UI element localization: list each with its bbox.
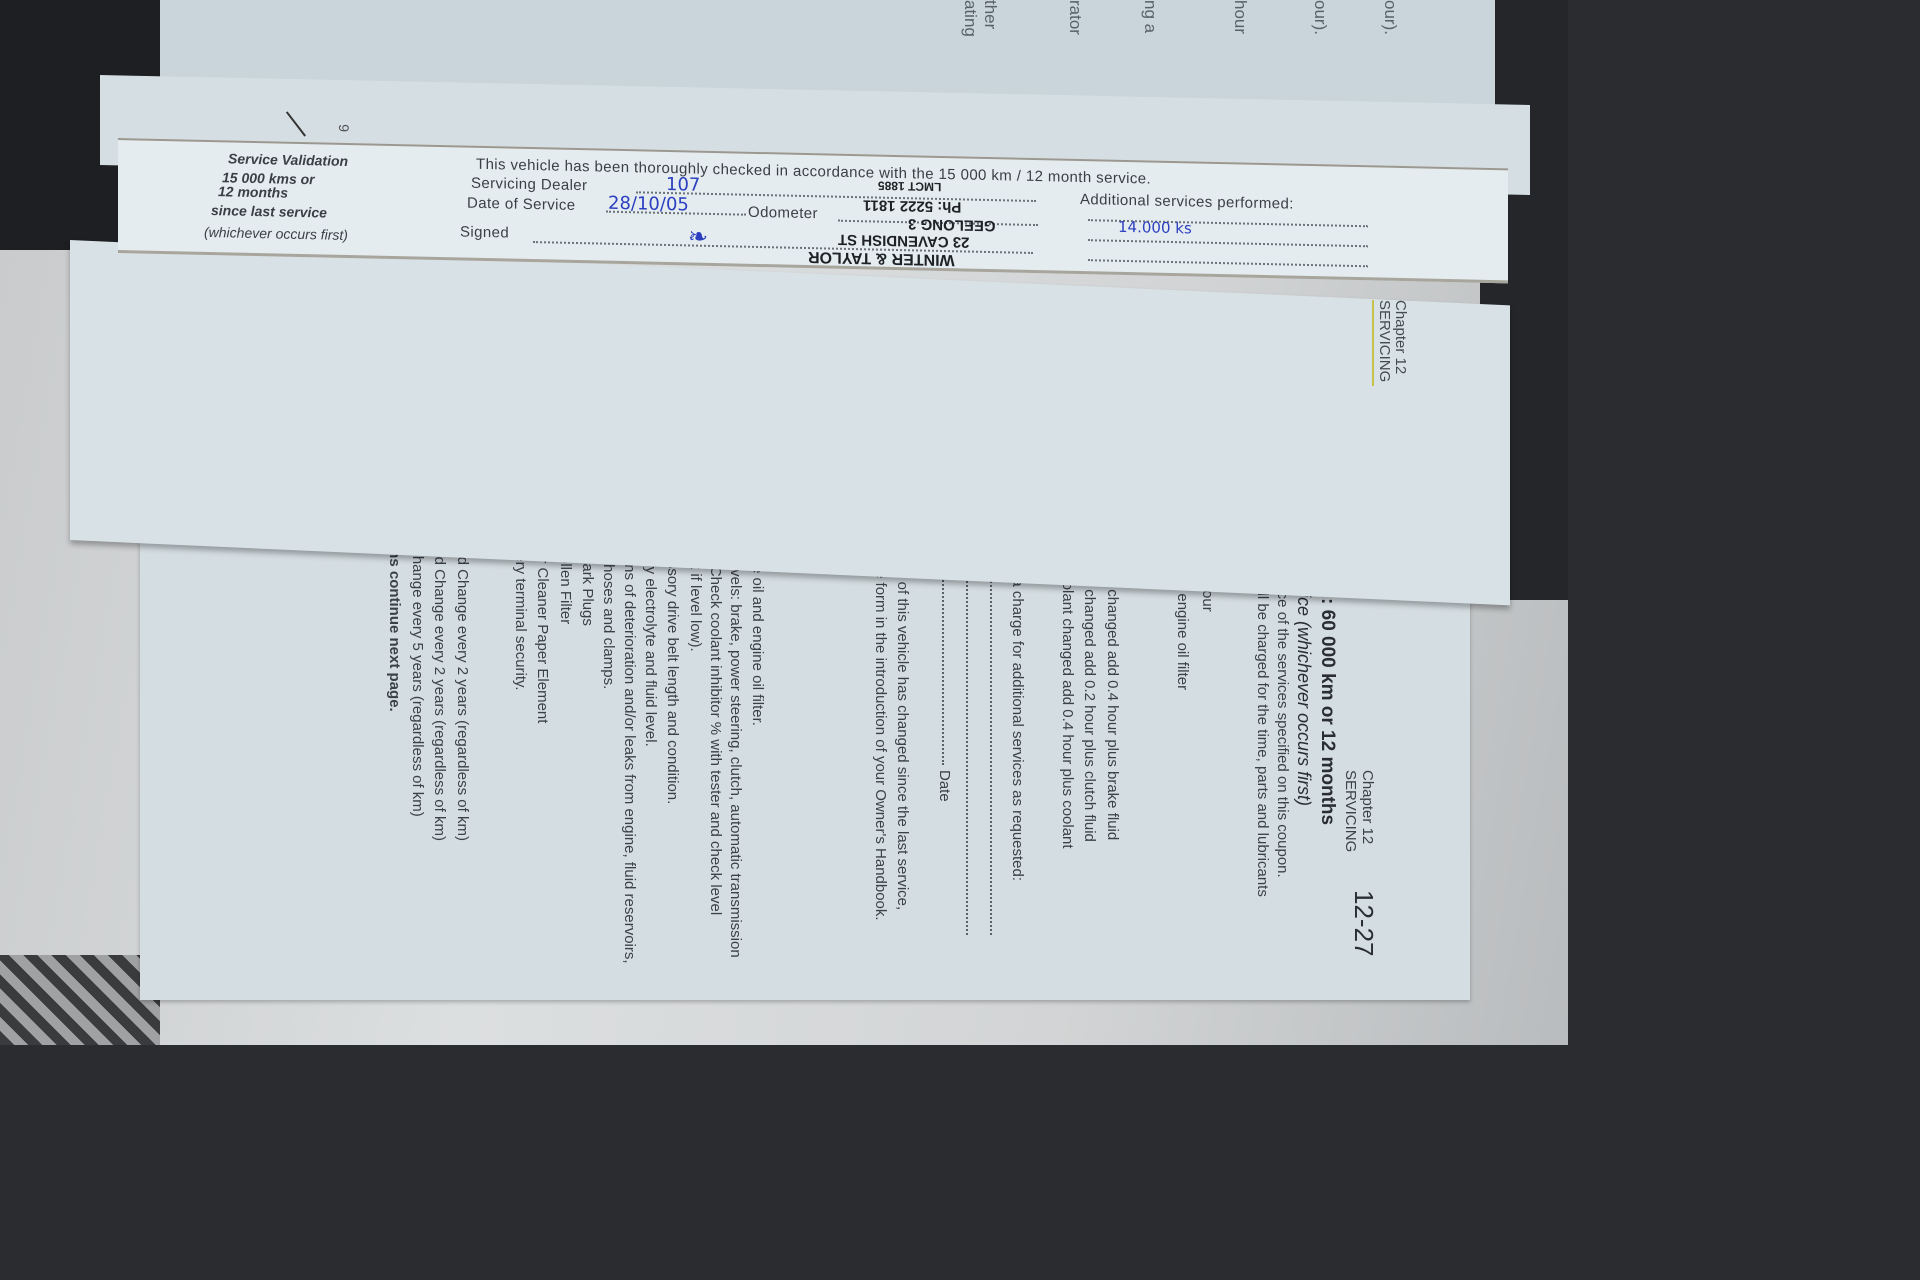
- signature-scribble: ❧: [688, 222, 708, 250]
- date-of-service-label: Date of Service: [467, 195, 576, 214]
- fragment-text: ther: [980, 0, 1000, 29]
- change-item: uid Change every 2 years (regardless of …: [454, 545, 470, 841]
- page-number: 12-27: [1356, 890, 1372, 957]
- dealer-label: Servicing Dealer: [471, 175, 587, 195]
- validation-since: since last service: [211, 202, 327, 221]
- owner-line: ange form in the introduction of your Ow…: [872, 545, 888, 921]
- validation-whichever: (whichever occurs first): [204, 224, 348, 243]
- check-item: d levels: brake, power steering, clutch,…: [727, 545, 743, 958]
- coupon-section: SERVICING: [1376, 300, 1393, 382]
- additional-services-value: 14.000 ks: [1118, 218, 1192, 238]
- additional-services-label: Additional services performed:: [1080, 191, 1294, 213]
- date-label: Date: [936, 770, 952, 802]
- page-section: SERVICING: [1342, 770, 1358, 852]
- coupon-chapter-tab: Chapter 12 SERVICING: [1372, 300, 1408, 386]
- fold-mark-line: [286, 112, 306, 137]
- dealer-value: 107: [666, 174, 700, 196]
- check-item: signs of deterioration and/or leaks from…: [621, 545, 637, 964]
- coupon-chapter: Chapter 12: [1392, 300, 1409, 374]
- chapter-rule: [1372, 300, 1374, 386]
- owner-line: wner of this vehicle has changed since t…: [894, 545, 910, 910]
- intro-line: hat I will be charged for the time, part…: [1254, 545, 1270, 897]
- additional-services-line[interactable]: [1088, 259, 1368, 267]
- dotted-line[interactable]: [986, 545, 1002, 935]
- additional-services-line[interactable]: [1088, 239, 1368, 247]
- labour-line: e fluid changed add 0.4 hour plus brake …: [1104, 545, 1120, 840]
- fragment-text: hour: [1230, 0, 1250, 34]
- stamp-phone: Ph: 5222 1811: [863, 196, 961, 215]
- labour-line: h fluid changed add 0.2 hour plus clutch…: [1081, 545, 1097, 842]
- continue-note: ms continue next page.: [386, 545, 402, 712]
- check-item: ttery terminal security.: [512, 545, 528, 691]
- floor-mat: [0, 955, 160, 1045]
- check-item: ttery electrolyte and fluid level.: [642, 545, 658, 747]
- fold-mark-number: 9: [336, 124, 352, 132]
- page-chapter: Chapter 12: [1359, 770, 1375, 844]
- change-item: Change every 5 years (regardless of km): [409, 545, 425, 817]
- date-of-service-value: 28/10/05: [608, 193, 689, 216]
- stamp-licence: LMCT 1885: [878, 179, 941, 194]
- odometer-label: Odometer: [748, 204, 818, 223]
- charge-note: o be a charge for additional services as…: [1009, 545, 1025, 881]
- fragment-text: our).: [1380, 0, 1400, 35]
- check-item: Air Cleaner Paper Element: [534, 545, 550, 723]
- fragment-text: our).: [1310, 0, 1330, 35]
- check-item: cessory drive belt length and condition.: [664, 545, 680, 804]
- stamp-dealer-name: WINTER & TAYLOR: [808, 247, 955, 268]
- labour-line: ne coolant changed add 0.4 hour plus coo…: [1059, 545, 1075, 849]
- fragment-text: rator: [1065, 0, 1085, 35]
- signed-label: Signed: [460, 223, 509, 241]
- validation-interval: 12 months: [218, 183, 288, 201]
- validation-title: Service Validation: [228, 150, 348, 169]
- dotted-line[interactable]: [962, 545, 978, 935]
- stamp-town: GEELONG 3: [908, 215, 996, 234]
- check-item: gine oil and engine oil filter.: [749, 545, 765, 726]
- check-item: er. Check coolant inhibitor % with teste…: [707, 545, 723, 915]
- check-item: all hoses and clamps.: [600, 545, 616, 689]
- fragment-text: ating: [960, 0, 980, 37]
- fragment-text: ng a: [1140, 0, 1160, 33]
- change-item: uid Change every 2 years (regardless of …: [431, 545, 447, 841]
